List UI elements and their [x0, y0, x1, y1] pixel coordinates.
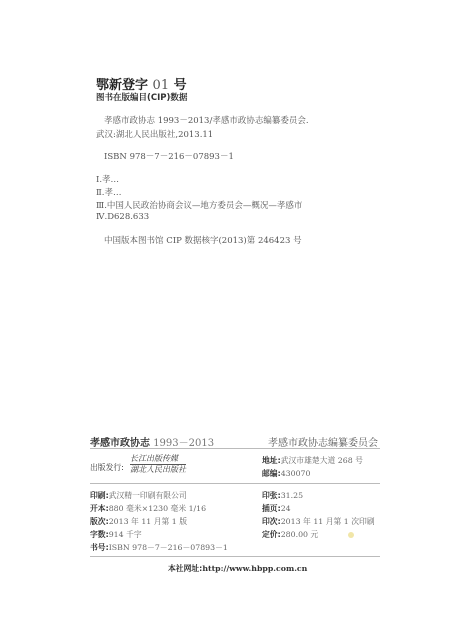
format-field: 开本:880 毫米×1230 毫米 1/16 [90, 503, 206, 514]
cip-publisher-line: 武汉:湖北人民出版社,2013.11 [96, 128, 213, 140]
edition-field: 版次:2013 年 11 月第 1 版 [90, 516, 187, 527]
cip-subject-1: Ⅰ.孝… [96, 173, 119, 185]
publisher-logo: 长江出版传媒 湖北人民出版社 [130, 454, 186, 475]
sheets-field: 印张:31.25 [262, 490, 303, 501]
divider [90, 483, 380, 484]
cip-subject-3: Ⅲ.中国人民政治协商会议—地方委员会—概况—孝感市 [96, 199, 302, 211]
cip-subtitle: 图书在版编目(CIP)数据 [96, 91, 187, 103]
colophon-editor: 孝感市政协志编纂委员会 [268, 434, 378, 449]
colophon-title: 孝感市政协志 1993－2013 [90, 434, 214, 449]
price-field: 定价:280.00 元 [262, 529, 318, 540]
website: 本社网址:http://www.hbpp.com.cn [168, 563, 307, 574]
print-run-field: 印次:2013 年 11 月第 1 次印刷 [262, 516, 375, 527]
address-field: 地址:武汉市雄楚大道 268 号 [262, 455, 363, 466]
cip-isbn-line: ISBN 978－7－216－07893－1 [104, 150, 234, 162]
publisher-label: 出版发行: [90, 462, 124, 473]
printer-field: 印刷:武汉精一印刷有限公司 [90, 490, 187, 501]
word-count-field: 字数:914 千字 [90, 529, 142, 540]
postcode-field: 邮编:430070 [262, 468, 310, 479]
cip-classification: Ⅳ.D628.633 [96, 212, 149, 222]
cip-subject-2: Ⅱ.孝… [96, 186, 121, 198]
isbn-field: 书号:ISBN 978－7－216－07893－1 [90, 542, 228, 553]
inserts-field: 插页:24 [262, 503, 291, 514]
stain-mark [348, 532, 354, 538]
divider [90, 556, 380, 557]
cip-title-line: 孝感市政协志 1993－2013/孝感市政协志编纂委员会. [104, 114, 309, 126]
cip-verification: 中国版本图书馆 CIP 数据核字(2013)第 246423 号 [104, 234, 302, 246]
divider [90, 448, 380, 449]
